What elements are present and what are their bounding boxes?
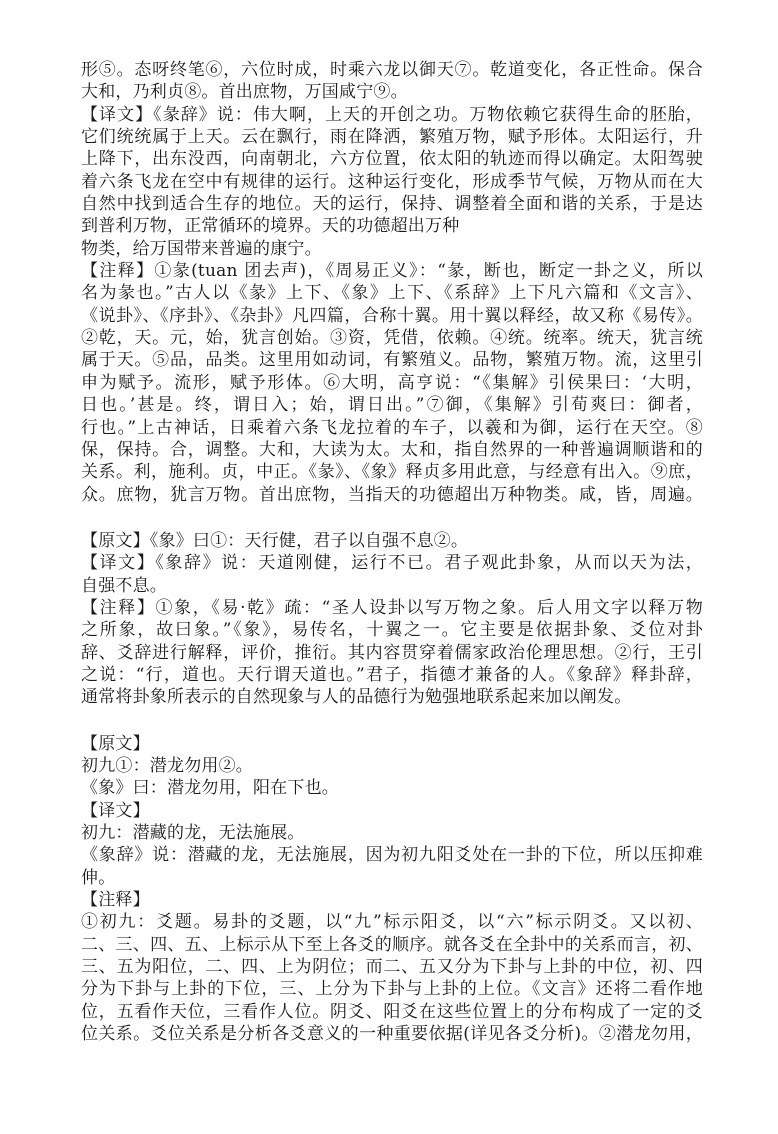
text-line: 三、五为阳位，二、四、上为阴位；而二、五又分为下卦与上卦的中位，初、四 (81, 956, 703, 978)
text-line: ①初九：爻题。易卦的爻题，以“九”标示阳爻，以“六”标示阴爻。又以初、 (81, 911, 703, 933)
text-line: 辞、爻辞进行解释，评价，推衍。其内容贯穿着儒家政治伦理思想。②行，王引 (81, 642, 703, 664)
text-line: 《象》曰：潜龙勿用，阳在下也。 (81, 777, 703, 799)
text-line: 分为下卦与上卦的下位，三、上分为下卦与上卦的上位。《文言》还将二看作地 (81, 978, 703, 1000)
text-line: 保，保持。合，调整。大和，大读为太。太和，指自然界的一种普遍调顺谐和的 (81, 439, 703, 461)
text-line: 日也。’甚是。终，谓日入；始，谓日出。”⑦御，《集解》引荀爽曰：御者， (81, 394, 703, 416)
translation-line: 【译文】《彖辞》说：伟大啊，上天的开创之功。万物依赖它获得生命的胚胎， (81, 104, 703, 126)
annotation-line: 【注释】①彖(tuan 团去声)，《周易正义》：“彖，断也，断定一卦之义，所以 (81, 260, 703, 282)
annotation-line: 【注释】①象，《易·乾》疏：“圣人设卦以写万物之象。后人用文字以释万物 (81, 597, 703, 619)
document-page: 形⑤。态呀终笔⑥，六位时成，时乘六龙以御天⑦。乾道变化，各正性命。保合 大和，乃… (81, 59, 703, 1045)
text-line: 之所象，故曰象。”《象》，易传名，十翼之一。它主要是依据卦象、爻位对卦 (81, 619, 703, 641)
translation-heading: 【译文】 (81, 800, 703, 822)
text-line: 二、三、四、五、上标示从下至上各爻的顺序。就各爻在全卦中的关系而言，初、 (81, 934, 703, 956)
text-line: 行也。”上古神话，日乘着六条飞龙拉着的车子，以羲和为御，运行在天空。⑧ (81, 417, 703, 439)
text-line: 初九：潜藏的龙，无法施展。 (81, 822, 703, 844)
text-line: 位关系。爻位关系是分析各爻意义的一种重要依据(详见各爻分析)。②潜龙勿用， (81, 1023, 703, 1045)
text-line: 形⑤。态呀终笔⑥，六位时成，时乘六龙以御天⑦。乾道变化，各正性命。保合 (81, 59, 703, 81)
text-line: 位，五看作天位，三看作人位。阴爻、阳爻在这些位置上的分布构成了一定的爻 (81, 1001, 703, 1023)
text-line: 《说卦》、《序卦》、《杂卦》凡四篇，合称十翼。用十翼以释经，故又称《易传》。 (81, 305, 703, 327)
text-line: 属于天。⑤品，品类。这里用如动词，有繁殖义。品物，繁殖万物。流，这里引 (81, 349, 703, 371)
text-line: 自强不息。 (81, 575, 703, 597)
text-line: 到普利万物，正常循环的境界。天的功德超出万种 (81, 215, 703, 237)
text-line: 上降下，出东没西，向南朝北，六方位置，依太阳的轨迹而得以确定。太阳驾驶 (81, 148, 703, 170)
section-tuan-continued: 形⑤。态呀终笔⑥，六位时成，时乘六龙以御天⑦。乾道变化，各正性命。保合 大和，乃… (81, 59, 703, 506)
section-xiang-general: 【原文】《象》曰①：天行健，君子以自强不息②。 【译文】《象辞》说：天道刚健，运… (81, 530, 703, 709)
paragraph-spacer (81, 709, 703, 733)
translation-line: 【译文】《象辞》说：天道刚健，运行不已。君子观此卦象，从而以天为法， (81, 552, 703, 574)
text-line: ②乾，天。元，始，犹言创始。③资，凭借，依赖。④统。统率。统天，犹言统 (81, 327, 703, 349)
text-line: 之说：“行，道也。天行谓天道也。”君子，指德才兼备的人。《象辞》释卦辞， (81, 664, 703, 686)
text-line: 众。庶物，犹言万物。首出庶物，当指天的功德超出万种物类。咸，皆，周遍。 (81, 484, 703, 506)
text-line: 申为赋予。流形，赋予形体。⑥大明，高亨说：“《集解》引侯果曰：‘大明， (81, 372, 703, 394)
text-line: 自然中找到适合生存的地位。天的运行，保持、调整着全面和谐的关系，于是达 (81, 193, 703, 215)
original-text-heading: 【原文】 (81, 733, 703, 755)
text-line: 伸。 (81, 867, 703, 889)
text-line: 通常将卦象所表示的自然现象与人的品德行为勉强地联系起来加以阐发。 (81, 686, 703, 708)
text-line: 名为彖也。”古人以《彖》上下、《象》上下、《系辞》上下凡六篇和《文言》、 (81, 282, 703, 304)
text-line: 关系。利，施利。贞，中正。《彖》、《象》释贞多用此意，与经意有出入。⑨庶， (81, 461, 703, 483)
section-chujiu: 【原文】 初九①：潜龙勿用②。 《象》曰：潜龙勿用，阳在下也。 【译文】 初九：… (81, 733, 703, 1046)
text-line: 物类，给万国带来普遍的康宁。 (81, 238, 703, 260)
annotation-heading: 【注释】 (81, 889, 703, 911)
text-line: 它们统统属于上天。云在飘行，雨在降洒，繁殖万物，赋予形体。太阳运行，升 (81, 126, 703, 148)
text-line: 大和，乃利贞⑧。首出庶物，万国咸宁⑨。 (81, 81, 703, 103)
paragraph-spacer (81, 506, 703, 530)
text-line: 初九①：潜龙勿用②。 (81, 755, 703, 777)
original-text-line: 【原文】《象》曰①：天行健，君子以自强不息②。 (81, 530, 703, 552)
text-line: 《象辞》说：潜藏的龙，无法施展，因为初九阳爻处在一卦的下位，所以压抑难 (81, 844, 703, 866)
text-line: 着六条飞龙在空中有规律的运行。这种运行变化，形成季节气候，万物从而在大 (81, 171, 703, 193)
